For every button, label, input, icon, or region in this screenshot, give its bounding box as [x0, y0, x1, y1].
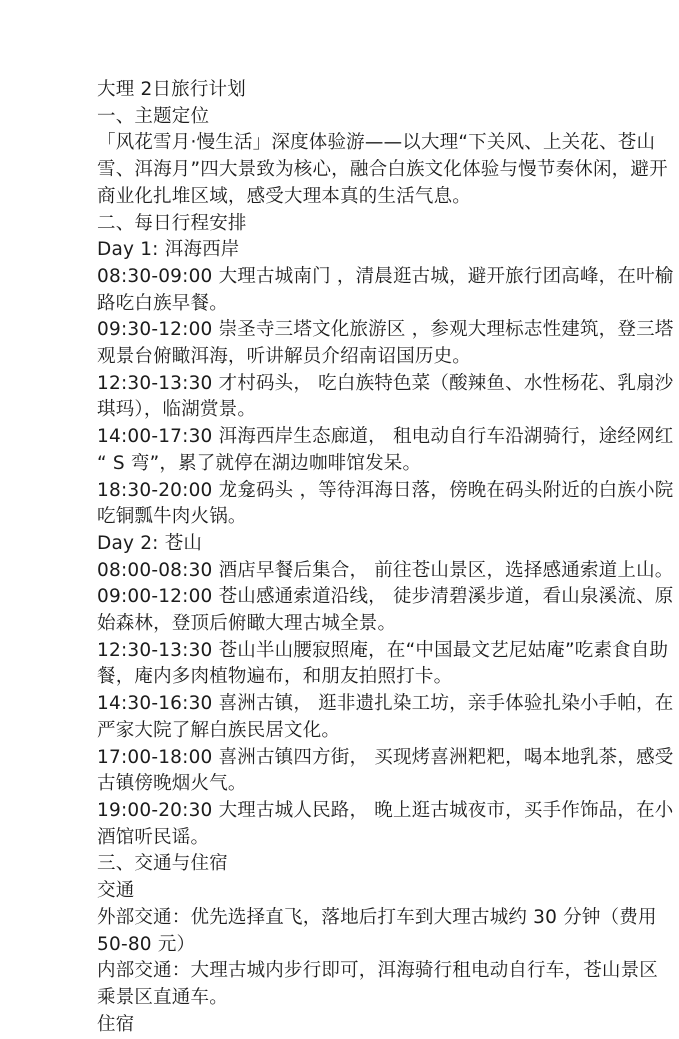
itinerary-line: 18:30-20:00 龙龛码头 ，等待洱海日落，傍晚在码头附近的白族小院	[97, 478, 597, 505]
transport-line: 外部交通：优先选择直飞，落地后打车到大理古城约 30 分钟（费用	[97, 905, 597, 932]
transport-line: 乘景区直通车。	[97, 985, 597, 1012]
itinerary-line: “ S 弯”，累了就停在湖边咖啡馆发呆。	[97, 451, 597, 478]
itinerary-line: 08:30-09:00 大理古城南门 ，清晨逛古城，避开旅行团高峰，在叶榆	[97, 264, 597, 291]
itinerary-line: 08:00-08:30 酒店早餐后集合， 前往苍山景区，选择感通索道上山。	[97, 558, 597, 585]
itinerary-line: 严家大院了解白族民居文化。	[97, 718, 597, 745]
itinerary-line: 09:30-12:00 崇圣寺三塔文化旅游区 ，参观大理标志性建筑，登三塔	[97, 317, 597, 344]
document-body: 大理 2日旅行计划 一、主题定位 「风花雪月·慢生活」深度体验游——以大理“下关…	[97, 77, 597, 1038]
paragraph-line: 雪、洱海月”四大景致为核心，融合白族文化体验与慢节奏休闲，避开	[97, 157, 597, 184]
section-heading-transport-lodging: 三、交通与住宿	[97, 851, 597, 878]
itinerary-line: 古镇傍晚烟火气。	[97, 771, 597, 798]
transport-line: 内部交通：大理古城内步行即可，洱海骑行租电动自行车，苍山景区	[97, 958, 597, 985]
document-title: 大理 2日旅行计划	[97, 77, 597, 104]
paragraph-line: 商业化扎堆区域，感受大理本真的生活气息。	[97, 184, 597, 211]
paragraph-line: 「风花雪月·慢生活」深度体验游——以大理“下关风、上关花、苍山	[97, 130, 597, 157]
day2-label: Day 2: 苍山	[97, 531, 597, 558]
itinerary-line: 12:30-13:30 才村码头， 吃白族特色菜（酸辣鱼、水性杨花、乳扇沙	[97, 371, 597, 398]
day1-label: Day 1: 洱海西岸	[97, 237, 597, 264]
itinerary-line: 19:00-20:30 大理古城人民路， 晚上逛古城夜市，买手作饰品，在小	[97, 798, 597, 825]
itinerary-line: 09:00-12:00 苍山感通索道沿线， 徒步清碧溪步道，看山泉溪流、原	[97, 584, 597, 611]
transport-line: 50-80 元）	[97, 932, 597, 959]
itinerary-line: 12:30-13:30 苍山半山腰寂照庵，在“中国最文艺尼姑庵”吃素食自助	[97, 638, 597, 665]
itinerary-line: 酒馆听民谣。	[97, 825, 597, 852]
transport-heading: 交通	[97, 878, 597, 905]
itinerary-line: 吃铜瓢牛肉火锅。	[97, 504, 597, 531]
itinerary-line: 路吃白族早餐。	[97, 291, 597, 318]
itinerary-line: 餐，庵内多肉植物遍布，和朋友拍照打卡。	[97, 664, 597, 691]
itinerary-line: 14:00-17:30 洱海西岸生态廊道， 租电动自行车沿湖骑行，途经网红	[97, 424, 597, 451]
section-heading-theme: 一、主题定位	[97, 104, 597, 131]
lodging-heading: 住宿	[97, 1012, 597, 1039]
itinerary-line: 14:30-16:30 喜洲古镇， 逛非遗扎染工坊，亲手体验扎染小手帕，在	[97, 691, 597, 718]
itinerary-line: 琪玛），临湖赏景。	[97, 397, 597, 424]
itinerary-line: 始森林，登顶后俯瞰大理古城全景。	[97, 611, 597, 638]
section-heading-itinerary: 二、每日行程安排	[97, 211, 597, 238]
itinerary-line: 17:00-18:00 喜洲古镇四方街， 买现烤喜洲粑粑，喝本地乳茶，感受	[97, 745, 597, 772]
itinerary-line: 观景台俯瞰洱海，听讲解员介绍南诏国历史。	[97, 344, 597, 371]
